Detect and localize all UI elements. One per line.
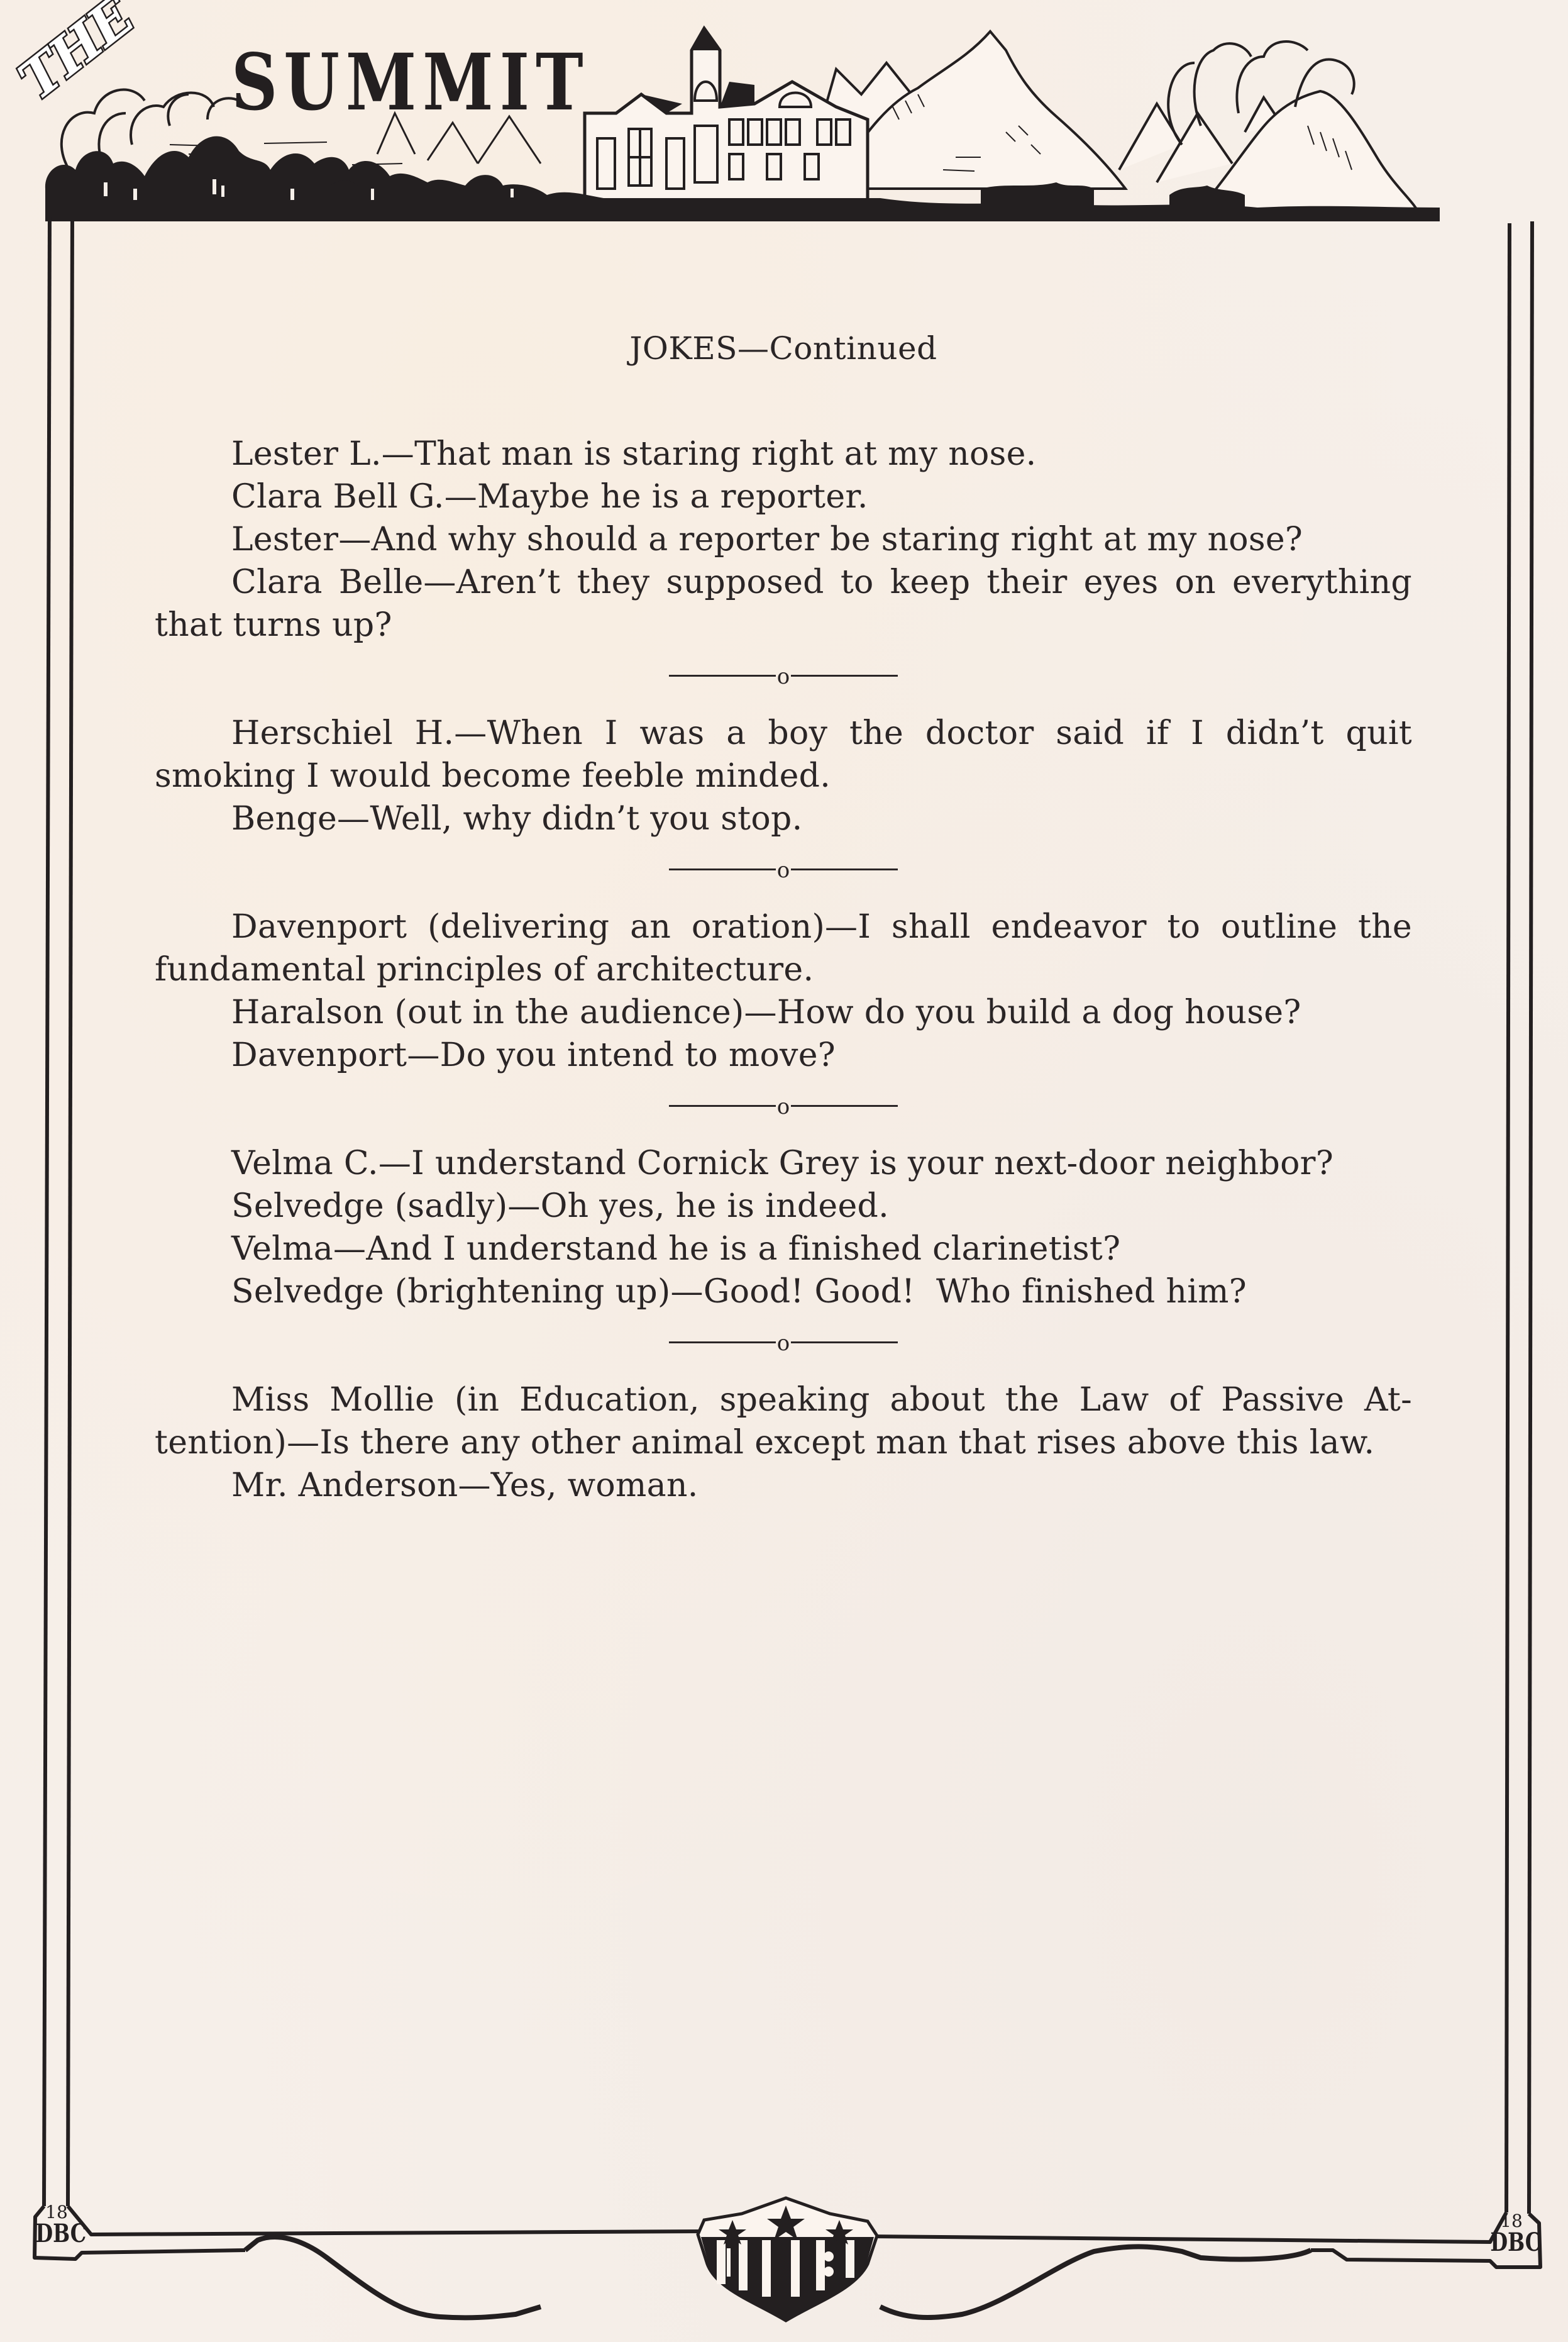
corner-monogram-right: 18 DBC bbox=[1485, 2212, 1538, 2255]
separator-ornament: o bbox=[776, 1333, 791, 1354]
section-separator: o bbox=[155, 1321, 1412, 1363]
separator-rule bbox=[791, 1341, 898, 1343]
joke-entry: Herschiel H.—When I was a boy the doctor… bbox=[155, 712, 1412, 840]
corner-initials-left: DBC bbox=[35, 2221, 77, 2246]
section-separator: o bbox=[155, 1084, 1412, 1127]
shield-emblem-icon bbox=[698, 2198, 877, 2321]
section-title: JOKES—Continued bbox=[155, 327, 1412, 370]
lower-swoop-right bbox=[880, 2246, 1311, 2317]
dialogue-line: Selvedge (brightening up)—Good! Good! Wh… bbox=[155, 1270, 1412, 1313]
corner-initials-right: DBC bbox=[1490, 2230, 1532, 2255]
lower-swoop-left bbox=[245, 2237, 541, 2317]
dialogue-line: Davenport—Do you intend to move? bbox=[155, 1034, 1412, 1077]
dialogue-line: Clara Bell G.—Maybe he is a reporter. bbox=[155, 475, 1412, 518]
section-separator: o bbox=[155, 654, 1412, 697]
joke-entry: Lester L.—That man is staring right at m… bbox=[155, 433, 1412, 647]
dialogue-line: Lester—And why should a reporter be star… bbox=[155, 518, 1412, 561]
jokes-content: JOKES—Continued Lester L.—That man is st… bbox=[155, 327, 1412, 1507]
separator-rule bbox=[669, 869, 776, 870]
dialogue-line: Selvedge (sadly)—Oh yes, he is indeed. bbox=[155, 1185, 1412, 1228]
separator-rule bbox=[791, 1105, 898, 1107]
dialogue-line: Velma—And I understand he is a finished … bbox=[155, 1228, 1412, 1270]
yearbook-page: THE SUMMIT bbox=[0, 0, 1568, 2342]
dialogue-line: Benge—Well, why didn’t you stop. bbox=[155, 797, 1412, 840]
joke-entry: Davenport (delivering an oration)—I shal… bbox=[155, 906, 1412, 1077]
dialogue-line: Herschiel H.—When I was a boy the doctor… bbox=[155, 712, 1412, 797]
section-separator: o bbox=[155, 848, 1412, 891]
dialogue-line: Lester L.—That man is staring right at m… bbox=[155, 433, 1412, 475]
dialogue-line: Miss Mollie (in Education, speaking abou… bbox=[155, 1379, 1412, 1464]
joke-entry: Miss Mollie (in Education, speaking abou… bbox=[155, 1379, 1412, 1507]
dialogue-line: Velma C.—I understand Cornick Grey is yo… bbox=[155, 1142, 1412, 1185]
separator-rule bbox=[791, 869, 898, 870]
dialogue-line: Davenport (delivering an oration)—I shal… bbox=[155, 906, 1412, 991]
dialogue-line: Clara Belle—Aren’t they supposed to keep… bbox=[155, 561, 1412, 647]
separator-ornament: o bbox=[776, 1096, 791, 1118]
separator-rule bbox=[669, 1105, 776, 1107]
dialogue-line: Mr. Anderson—Yes, woman. bbox=[155, 1464, 1412, 1507]
separator-ornament: o bbox=[776, 860, 791, 881]
corner-monogram-left: 18 DBC bbox=[30, 2204, 83, 2246]
separator-rule bbox=[669, 1341, 776, 1343]
separator-ornament: o bbox=[776, 666, 791, 687]
joke-entry: Velma C.—I understand Cornick Grey is yo… bbox=[155, 1142, 1412, 1313]
separator-rule bbox=[791, 675, 898, 677]
dialogue-line: Haralson (out in the audience)—How do yo… bbox=[155, 991, 1412, 1034]
separator-rule bbox=[669, 675, 776, 677]
